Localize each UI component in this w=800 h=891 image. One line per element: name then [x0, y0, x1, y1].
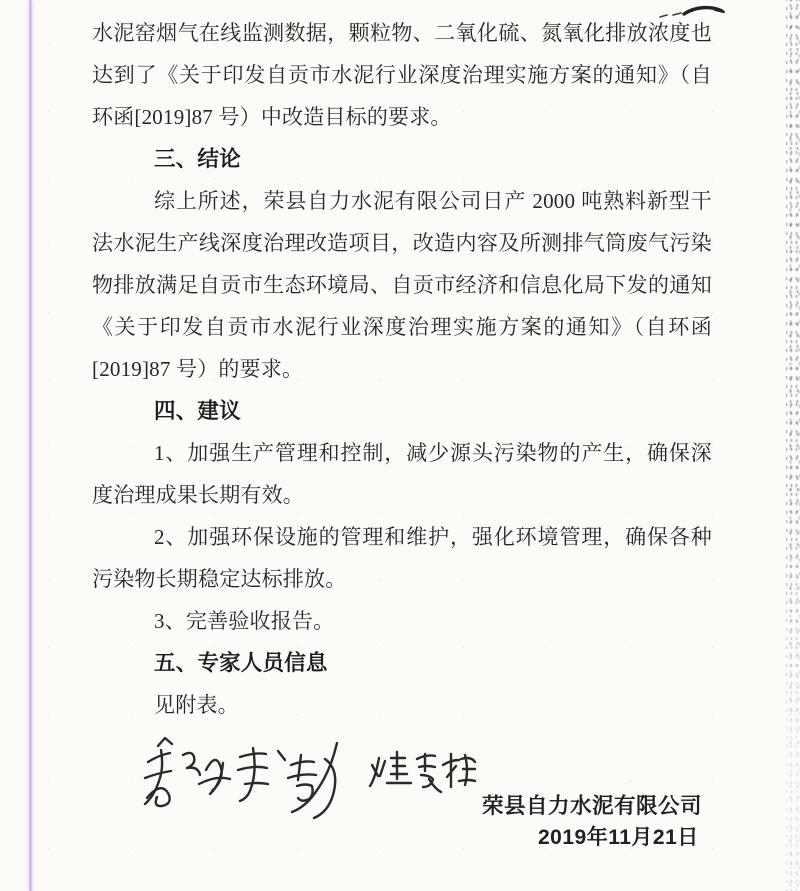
document-body: 水泥窑烟气在线监测数据，颗粒物、二氧化硫、氮氧化排放浓度也达到了《关于印发自贡市…: [92, 12, 712, 726]
company-name: 荣县自力水泥有限公司: [482, 789, 702, 820]
signature-2: [370, 752, 475, 792]
scanned-document-page: 水泥窑烟气在线监测数据，颗粒物、二氧化硫、氮氧化排放浓度也达到了《关于印发自贡市…: [0, 0, 800, 891]
suggestion-item-1: 1、加强生产管理和控制，减少源头污染物的产生，确保深度治理成果长期有效。: [92, 432, 712, 516]
heading-conclusion: 三、结论: [92, 138, 712, 180]
paragraph-see-attached-table: 见附表。: [92, 684, 712, 726]
signoff-date: 2019年11月21日: [538, 821, 699, 851]
scan-noise-right-edge: [786, 0, 800, 891]
signature-1: [145, 738, 337, 818]
suggestion-item-3: 3、完善验收报告。: [92, 600, 712, 642]
heading-expert-info: 五、专家人员信息: [92, 642, 712, 684]
suggestion-item-2: 2、加强环保设施的管理和维护，强化环境管理，确保各种污染物长期稳定达标排放。: [92, 516, 712, 600]
heading-suggestions: 四、建议: [92, 390, 712, 432]
scan-edge-line: [29, 0, 32, 891]
paragraph-monitoring-results: 水泥窑烟气在线监测数据，颗粒物、二氧化硫、氮氧化排放浓度也达到了《关于印发自贡市…: [92, 12, 712, 138]
paragraph-conclusion: 综上所述，荣县自力水泥有限公司日产 2000 吨熟料新型干法水泥生产线深度治理改…: [92, 180, 712, 390]
handwritten-signatures: [128, 724, 488, 826]
